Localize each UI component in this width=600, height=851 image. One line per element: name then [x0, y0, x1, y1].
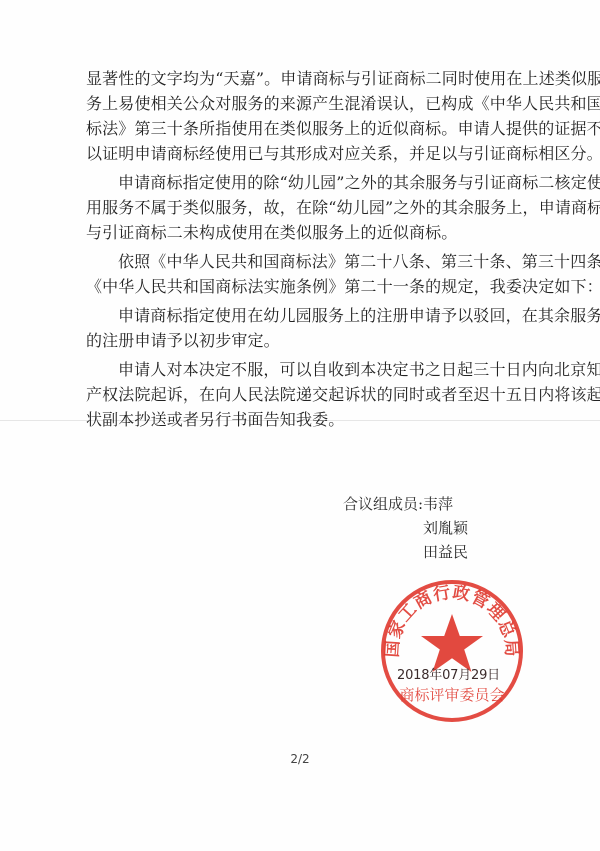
paragraph-legal-basis: 依照《中华人民共和国商标法》第二十八条、第三十条、第三十四条及 《中华人民共和国… — [86, 249, 520, 299]
text-line: 以证明申请商标经使用已与其形成对应关系，并足以与引证商标相区分。 — [86, 141, 520, 166]
text-line: 务上易使相关公众对服务的来源产生混淆误认，已构成《中华人民共和国商 — [86, 91, 520, 116]
paragraph-reasoning-continued: 显著性的文字均为“天嘉”。申请商标与引证商标二同时使用在上述类似服 务上易使相关… — [86, 66, 520, 166]
document-page: 显著性的文字均为“天嘉”。申请商标与引证商标二同时使用在上述类似服 务上易使相关… — [0, 0, 600, 851]
seal-inner-text: 商标评审委员会 — [399, 686, 504, 704]
panel-members-label: 合议组成员: — [343, 494, 423, 514]
decision-body: 显著性的文字均为“天嘉”。申请商标与引证商标二同时使用在上述类似服 务上易使相关… — [86, 66, 520, 432]
text-line: 《中华人民共和国商标法实施条例》第二十一条的规定，我委决定如下： — [86, 274, 520, 299]
decision-date: 2018年07月29日 — [397, 664, 500, 683]
official-seal-icon: 国家工商行政管理总局 商标评审委员会 — [379, 578, 525, 724]
paragraph-non-similar-services: 申请商标指定使用的除“幼儿园”之外的其余服务与引证商标二核定使 用服务不属于类似… — [86, 170, 520, 245]
panel-member: 田益民 — [423, 542, 468, 562]
text-line: 的注册申请予以初步审定。 — [86, 328, 520, 353]
text-line: 状副本抄送或者另行书面告知我委。 — [86, 407, 520, 432]
text-line: 依照《中华人民共和国商标法》第二十八条、第三十条、第三十四条及 — [86, 249, 520, 274]
panel-member: 刘胤颖 — [423, 518, 468, 538]
text-line: 产权法院起诉，在向人民法院递交起诉状的同时或者至迟十五日内将该起诉 — [86, 382, 520, 407]
text-line: 显著性的文字均为“天嘉”。申请商标与引证商标二同时使用在上述类似服 — [86, 66, 520, 91]
text-line: 与引证商标二未构成使用在类似服务上的近似商标。 — [86, 220, 520, 245]
paragraph-appeal-notice: 申请人对本决定不服，可以自收到本决定书之日起三十日内向北京知识 产权法院起诉，在… — [86, 357, 520, 432]
text-line: 用服务不属于类似服务，故，在除“幼儿园”之外的其余服务上，申请商标 — [86, 195, 520, 220]
text-line: 申请商标指定使用的除“幼儿园”之外的其余服务与引证商标二核定使 — [86, 170, 520, 195]
text-line: 标法》第三十条所指使用在类似服务上的近似商标。申请人提供的证据不足 — [86, 116, 520, 141]
panel-member: 韦萍 — [423, 494, 453, 514]
text-line: 申请人对本决定不服，可以自收到本决定书之日起三十日内向北京知识 — [86, 357, 520, 382]
paragraph-decision: 申请商标指定使用在幼儿园服务上的注册申请予以驳回，在其余服务上 的注册申请予以初… — [86, 303, 520, 353]
page-number: 2/2 — [0, 752, 600, 766]
text-line: 申请商标指定使用在幼儿园服务上的注册申请予以驳回，在其余服务上 — [86, 303, 520, 328]
